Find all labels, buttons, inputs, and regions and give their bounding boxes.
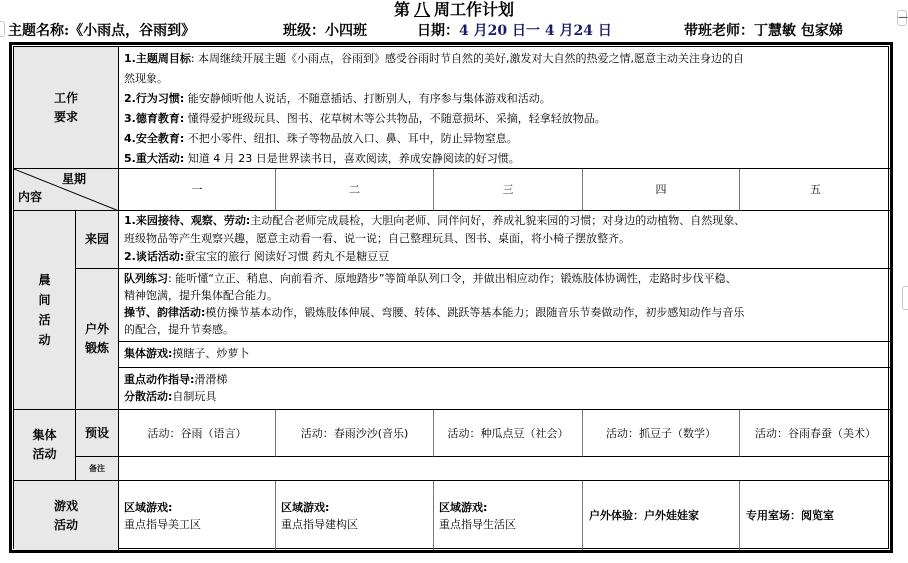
game-text: 重点指导建构区	[281, 516, 428, 533]
title-prefix: 第	[394, 0, 410, 19]
day-label: 五	[810, 181, 821, 198]
class-value: 小四班	[325, 23, 367, 39]
game-title: 区域游戏:	[439, 499, 577, 516]
activity-text: 活动：种瓜点豆（社会）	[448, 425, 569, 442]
text-line: 班级物品等产生观察兴趣，愿意主动看一看、说一说；自己整理玩具、图书、桌面，将小椅…	[124, 230, 886, 248]
note-label: 备注	[76, 457, 119, 481]
day-header-wed: 三	[434, 169, 583, 211]
day-header-mon: 一	[119, 169, 276, 211]
requirement-title: 4.安全教育:	[124, 132, 184, 145]
requirement-item: 3.德育教育: 懂得爱护班级玩具、图书、花草树木等公共物品，不随意损坏、采摘，轻…	[124, 109, 886, 129]
game-title: 专用室场：阅览室	[746, 507, 834, 524]
day-label: 四	[656, 181, 667, 198]
day-header-fri: 五	[740, 169, 891, 211]
text-line: 队列练习: 能听懂“立正、稍息、向前看齐、原地踏步”等简单队列口令，并做出相应动…	[124, 270, 886, 287]
label-line: 游戏	[54, 497, 78, 516]
requirement-text: 懂得爱护班级玩具、图书、花草树木等公共物品，不随意损坏、采摘，轻拿轻放物品。	[188, 112, 606, 125]
date-label: 日期：	[417, 23, 459, 39]
item-title: 队列练习	[124, 272, 168, 285]
activity-wed: 活动：种瓜点豆（社会）	[434, 410, 583, 457]
left-collapse-handle[interactable]	[0, 21, 5, 37]
requirement-item: 1.主题周目标: 本周继续开展主题《小雨点，谷雨到》感受谷雨时节自然的美好,激发…	[124, 49, 886, 69]
game-activity-label: 游戏活动	[14, 481, 119, 550]
requirement-text: 知道 4 月 23 日是世界读书日，喜欢阅读，养成安静阅读的好习惯。	[188, 152, 520, 165]
page-title: 第八周工作计划	[0, 0, 908, 20]
text-line: 精神饱满，提升集体配合能力。	[124, 287, 886, 304]
teacher-field: 带班老师：丁慧敏 包家娣	[684, 21, 843, 41]
activity-text: 活动：谷雨春蚕（美术）	[755, 425, 876, 442]
collapse-button[interactable]: —	[897, 10, 907, 26]
game-text: 重点指导生活区	[439, 516, 577, 533]
day-label: 一	[192, 181, 203, 198]
teacher-value: 丁慧敏 包家娣	[754, 23, 843, 39]
item-text: 蚕宝宝的旅行 阅读好习惯 药丸不是糖豆豆	[184, 250, 389, 263]
label-line: 活动	[32, 445, 56, 464]
game-title: 区域游戏:	[124, 499, 270, 516]
preset-label: 预设	[76, 410, 119, 457]
label-text: 来园	[85, 230, 109, 249]
game-tue: 区域游戏:重点指导建构区	[276, 481, 434, 550]
morning-activities-label: 晨间活动	[14, 211, 76, 410]
requirement-title: 3.德育教育:	[124, 112, 184, 125]
game-wed: 区域游戏:重点指导生活区	[434, 481, 583, 550]
outdoor-exercise-label: 户外锻炼	[76, 269, 119, 410]
plan-table: 工作要求 1.主题周目标: 本周继续开展主题《小雨点，谷雨到》感受谷雨时节自然的…	[9, 42, 893, 553]
week-number: 八	[410, 0, 434, 19]
plan-meta: 主题名称:《小雨点，谷雨到》 班级：小四班 日期：4 月20 日一 4 月24 …	[0, 21, 908, 41]
label-line: 户外	[85, 320, 109, 339]
label-char: 活	[38, 310, 50, 330]
theme-value: 《小雨点，谷雨到》	[69, 23, 195, 39]
title-suffix: 周工作计划	[434, 0, 514, 19]
requirement-title: 1.主题周目标	[124, 52, 191, 65]
activity-text: 活动：春雨沙沙(音乐)	[301, 425, 409, 442]
minus-icon: —	[898, 12, 908, 23]
theme-field: 主题名称:《小雨点，谷雨到》	[8, 21, 195, 41]
item-title: 分散活动:	[124, 390, 172, 403]
work-requirements-content: 1.主题周目标: 本周继续开展主题《小雨点，谷雨到》感受谷雨时节自然的美好,激发…	[119, 47, 891, 169]
requirement-title: 2.行为习惯:	[124, 92, 184, 105]
requirement-item: 5.重大活动: 知道 4 月 23 日是世界读书日，喜欢阅读，养成安静阅读的好习…	[124, 149, 886, 169]
group-activity-label: 集体活动	[14, 410, 76, 481]
theme-label: 主题名称:	[8, 23, 69, 39]
note-content	[119, 457, 891, 481]
item-title: 重点动作指导:	[124, 373, 194, 386]
item-text: 主动配合老师完成晨检，大胆向老师、同伴问好，养成礼貌来园的习惯；对身边的动植物、…	[250, 214, 745, 227]
label-line: 活动	[54, 516, 78, 535]
text-line: 分散活动:自制玩具	[124, 388, 886, 405]
class-label: 班级：	[283, 23, 325, 39]
day-header-thu: 四	[583, 169, 740, 211]
text-line: 1.来园接待、观察、劳动:主动配合老师完成晨检，大胆向老师、同伴问好，养成礼貌来…	[124, 212, 886, 230]
day-label: 三	[503, 181, 514, 198]
activity-mon: 活动：谷雨（语言）	[119, 410, 276, 457]
focus-free-content: 重点动作指导:滑滑梯 分散活动:自制玩具	[119, 368, 891, 410]
activity-text: 活动：抓豆子（数学）	[606, 425, 716, 442]
date-field: 日期：4 月20 日一 4 月24 日	[417, 21, 612, 41]
label-text: 预设	[85, 424, 109, 443]
item-text: 模仿操节基本动作，锻炼肢体伸展、弯腰、转体、跳跃等基本能力；跟随音乐节奏做动作，…	[205, 306, 744, 319]
item-title: 操节、韵律活动:	[124, 306, 205, 319]
item-title: 集体游戏:	[124, 347, 172, 360]
label-char: 动	[38, 330, 50, 350]
text-line: 重点动作指导:滑滑梯	[124, 371, 886, 388]
game-mon: 区域游戏:重点指导美工区	[119, 481, 276, 550]
weekday-corner-header: 星期 内容	[14, 169, 119, 211]
arrival-label: 来园	[76, 211, 119, 269]
activity-thu: 活动：抓豆子（数学）	[583, 410, 740, 457]
requirement-item: 2.行为习惯: 能安静倾听他人说话，不随意插话、打断别人，有序参与集体游戏和活动…	[124, 89, 886, 109]
item-title: 1.来园接待、观察、劳动:	[124, 214, 250, 227]
day-label: 二	[349, 181, 360, 198]
item-text: 能听懂“立正、稍息、向前看齐、原地踏步”等简单队列口令，并做出相应动作；锻炼肢体…	[175, 272, 736, 285]
requirement-text: 本周继续开展主题《小雨点，谷雨到》感受谷雨时节自然的美好,激发对大自然的热爱之情…	[198, 52, 744, 65]
item-title: 2.谈话活动:	[124, 250, 184, 263]
text-line: 操节、韵律活动:模仿操节基本动作，锻炼肢体伸展、弯腰、转体、跳跃等基本能力；跟随…	[124, 304, 886, 321]
game-title: 户外体验：户外娃娃家	[589, 507, 699, 524]
label-line: 集体	[32, 426, 56, 445]
work-requirements-label: 工作要求	[14, 47, 119, 169]
corner-label-content: 内容	[18, 188, 42, 207]
requirement-item: 4.安全教育: 不把小零件、纽扣、珠子等物品放入口、鼻、耳中，防止异物窒息。	[124, 129, 886, 149]
activity-tue: 活动：春雨沙沙(音乐)	[276, 410, 434, 457]
requirement-text: 能安静倾听他人说话，不随意插话、打断别人，有序参与集体游戏和活动。	[188, 92, 551, 105]
item-text: 自制玩具	[172, 390, 216, 403]
expand-handle[interactable]	[902, 286, 908, 310]
date-value: 4 月20 日一 4 月24 日	[459, 23, 612, 39]
activity-text: 活动：谷雨（语言）	[148, 425, 247, 442]
game-fri: 专用室场：阅览室	[740, 481, 891, 550]
item-text: 滑滑梯	[194, 373, 227, 386]
label-char: 晨	[38, 270, 50, 290]
item-text: 摸瞎子、炒萝卜	[172, 347, 249, 360]
requirement-continuation: 然现象。	[124, 69, 886, 89]
text-line: 2.谈话活动:蚕宝宝的旅行 阅读好习惯 药丸不是糖豆豆	[124, 248, 886, 266]
day-header-tue: 二	[276, 169, 434, 211]
requirement-text: 不把小零件、纽扣、珠子等物品放入口、鼻、耳中，防止异物窒息。	[188, 132, 518, 145]
outdoor-drill-content: 队列练习: 能听懂“立正、稍息、向前看齐、原地踏步”等简单队列口令，并做出相应动…	[119, 269, 891, 342]
group-game-content: 集体游戏:摸瞎子、炒萝卜	[119, 342, 891, 368]
text-line: 的配合，提升节奏感。	[124, 321, 886, 338]
teacher-label: 带班老师：	[684, 23, 754, 39]
game-text: 重点指导美工区	[124, 516, 270, 533]
game-thu: 户外体验：户外娃娃家	[583, 481, 740, 550]
class-field: 班级：小四班	[283, 21, 367, 41]
label-text: 备注	[89, 460, 105, 477]
sep: :	[191, 52, 198, 65]
game-title: 区域游戏:	[281, 499, 428, 516]
requirement-title: 5.重大活动:	[124, 152, 184, 165]
label-line: 工作	[54, 89, 78, 108]
activity-fri: 活动：谷雨春蚕（美术）	[740, 410, 891, 457]
label-char: 间	[38, 290, 50, 310]
corner-label-weekday: 星期	[62, 170, 86, 189]
label-line: 要求	[54, 108, 78, 127]
arrival-content: 1.来园接待、观察、劳动:主动配合老师完成晨检，大胆向老师、同伴问好，养成礼貌来…	[119, 211, 891, 269]
label-line: 锻炼	[85, 339, 109, 358]
